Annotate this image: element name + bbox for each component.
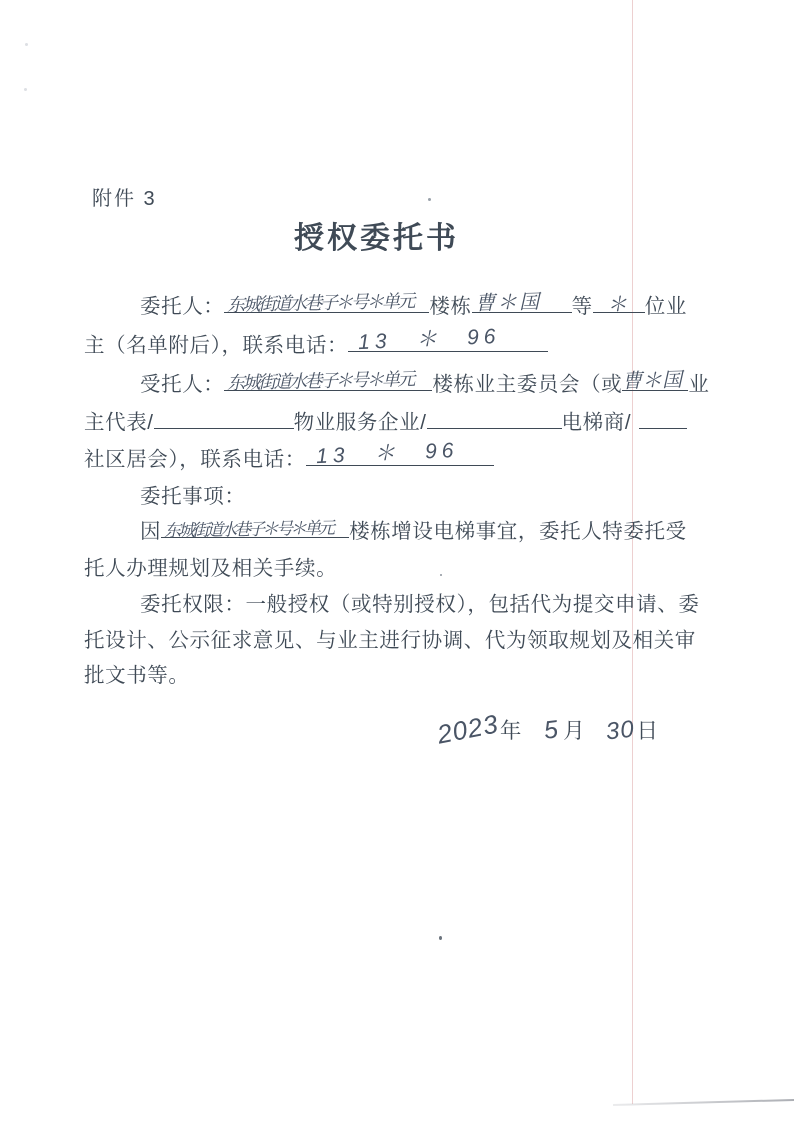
- reason-prefix-label: 因: [140, 520, 161, 543]
- handwriting-trustee-name: 曹＊国: [622, 363, 683, 394]
- authority-text-2: 托设计、公示征求意见、与业主进行协调、代为领取规划及相关审: [84, 629, 696, 652]
- line-entruster: 委托人：东城街道水巷子＊号＊单元楼栋曹＊国等＊位业: [140, 289, 687, 319]
- trustee-suffix-label: 业: [688, 373, 709, 396]
- scan-speck: [25, 43, 28, 46]
- line-reason: 因东城街道水巷子＊号＊单元楼栋增设电梯事宜，委托人特委托受: [140, 514, 687, 544]
- blank-trustee-phone: 13 ＊ 96: [306, 444, 494, 466]
- reason-text-label: 楼栋增设电梯事宜，委托人特委托受: [349, 520, 687, 543]
- date-line: 2023 年 5 月 30 日: [437, 714, 659, 745]
- deng-label: 等: [572, 295, 593, 318]
- line-authority-1: 委托权限：一般授权（或特别授权），包括代为提交申请、委: [140, 587, 699, 617]
- scan-speck: [24, 88, 27, 91]
- elevator-vendor-label: 电梯商/: [562, 411, 632, 434]
- entruster-label: 委托人：: [140, 295, 224, 318]
- handwriting-entruster-phone: 13 ＊ 96: [357, 320, 501, 356]
- scan-speck: [439, 936, 442, 940]
- blank-owner-count: ＊: [593, 291, 645, 313]
- page-edge-vertical-line: [632, 0, 633, 1104]
- handwriting-entruster-address: 东城街道水巷子＊号＊单元: [227, 287, 414, 317]
- handwriting-year: 2023: [435, 708, 502, 750]
- line-trustee-options: 主代表/物业服务企业/电梯商/: [84, 405, 687, 435]
- trustee-label: 受托人：: [140, 373, 224, 396]
- scan-speck: [428, 198, 431, 201]
- authority-text-1: 委托权限：一般授权（或特别授权），包括代为提交申请、委: [140, 593, 699, 616]
- line-matters-heading: 委托事项：: [140, 479, 246, 509]
- reason-wrap-label: 托人办理规划及相关手续。: [84, 557, 337, 580]
- handwriting-owner-count: ＊: [606, 287, 629, 317]
- owners-committee-label: 楼栋业主委员会（或: [432, 373, 622, 396]
- blank-entruster-phone: 13 ＊ 96: [348, 330, 548, 352]
- blank-property-company: [427, 407, 562, 429]
- line-reason-wrap: 托人办理规划及相关手续。: [84, 551, 337, 581]
- handwriting-trustee-address: 东城街道水巷子＊号＊单元: [227, 365, 414, 395]
- property-company-label: 物业服务企业/: [294, 411, 427, 434]
- handwriting-day: 30: [604, 716, 635, 747]
- scanned-document-page: 附件 3 授权委托书 委托人：东城街道水巷子＊号＊单元楼栋曹＊国等＊位业 主（名…: [0, 0, 794, 1123]
- community-label: 社区居会），联系电话：: [84, 448, 306, 471]
- blank-owner-rep: [154, 407, 294, 429]
- blank-trustee-name: 曹＊国: [622, 369, 688, 391]
- line-entruster-wrap: 主（名单附后），联系电话：13 ＊ 96: [84, 328, 548, 358]
- page-edge-horizontal-line: [613, 1099, 794, 1106]
- month-label: 月: [563, 714, 586, 745]
- line-trustee-wrap: 社区居会），联系电话：13 ＊ 96: [84, 442, 494, 472]
- scan-speck: [440, 574, 442, 576]
- building-label: 楼栋: [429, 295, 471, 318]
- entruster-wrap-label: 主（名单附后），联系电话：: [84, 334, 348, 357]
- handwriting-entruster-name: 曹＊国: [474, 285, 541, 316]
- matters-heading-label: 委托事项：: [140, 485, 246, 508]
- day-label: 日: [636, 714, 659, 745]
- blank-entruster-name: 曹＊国: [472, 291, 572, 313]
- document-title: 授权委托书: [294, 213, 459, 257]
- line-authority-2: 托设计、公示征求意见、与业主进行协调、代为领取规划及相关审: [84, 623, 696, 653]
- owner-rep-label: 主代表/: [84, 411, 154, 434]
- handwriting-month: 5: [543, 715, 561, 746]
- blank-elevator-vendor: [639, 407, 687, 429]
- blank-reason-address: 东城街道水巷子＊号＊单元: [161, 516, 349, 538]
- owners-suffix-label: 位业: [645, 295, 687, 318]
- attachment-label: 附件 3: [92, 182, 157, 211]
- year-label: 年: [500, 714, 523, 745]
- line-trustee: 受托人：东城街道水巷子＊号＊单元楼栋业主委员会（或曹＊国业: [140, 367, 709, 397]
- blank-entruster-address: 东城街道水巷子＊号＊单元: [224, 291, 429, 313]
- handwriting-trustee-phone: 13 ＊ 96: [315, 434, 459, 470]
- blank-trustee-address: 东城街道水巷子＊号＊单元: [224, 369, 432, 391]
- line-authority-3: 批文书等。: [84, 658, 190, 688]
- authority-text-3: 批文书等。: [84, 664, 190, 687]
- handwriting-reason-address: 东城街道水巷子＊号＊单元: [164, 514, 332, 542]
